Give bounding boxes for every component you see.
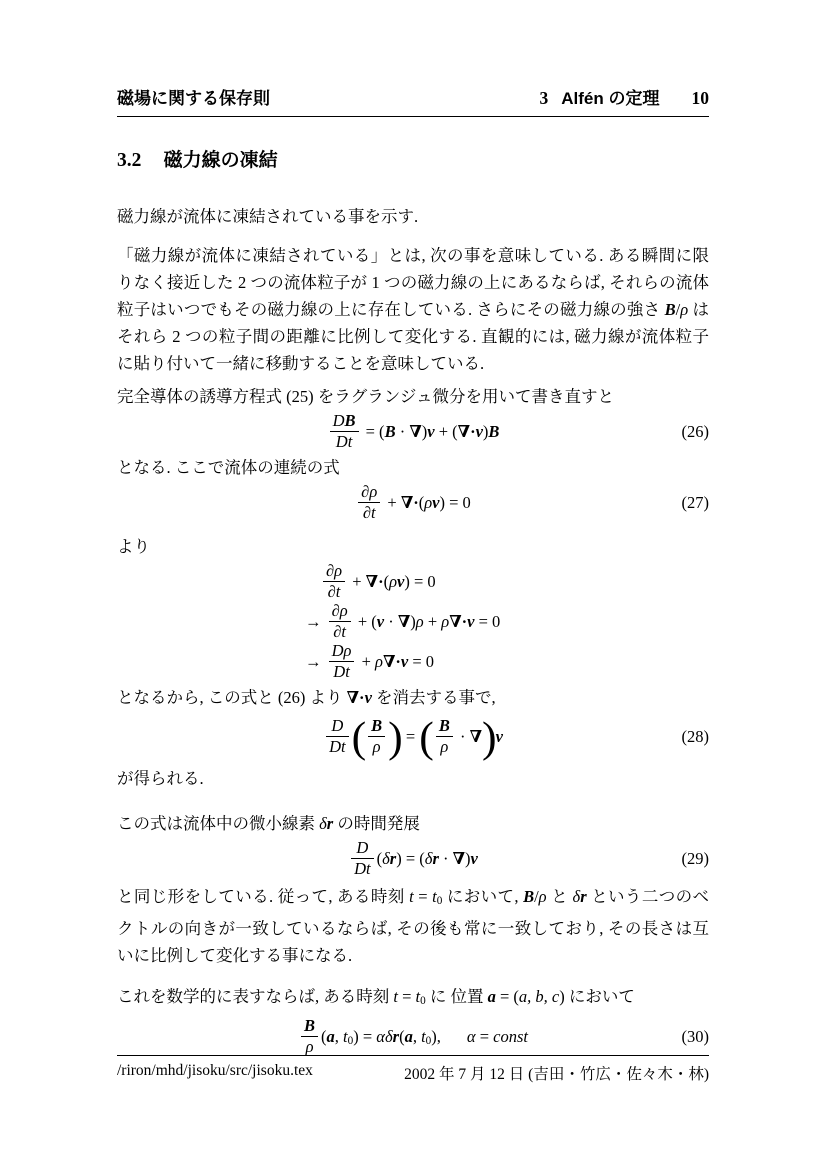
fraction: Bρ xyxy=(301,1017,318,1056)
equation-number: (29) xyxy=(682,839,710,879)
math-run: B xyxy=(385,422,396,441)
math-run: ∇ xyxy=(409,422,421,441)
math-run: , xyxy=(335,1027,343,1046)
math-run: + xyxy=(348,572,366,591)
math-run: · xyxy=(384,612,398,631)
math-run: = xyxy=(414,887,432,906)
math-run: ∇· xyxy=(449,612,467,631)
section-heading: 3.2 磁力線の凍結 xyxy=(117,145,709,173)
paragraph: 完全導体の誘導方程式 (25) をラグランジュ微分を用いて書き直すと xyxy=(117,383,709,410)
fraction: DρDt xyxy=(329,642,355,681)
math-run: ), xyxy=(431,1027,441,1046)
math-run: = xyxy=(402,727,420,746)
equation-body: ∂ρ∂t + ∇·(ρv) = 0 xyxy=(355,493,471,512)
math-run: Dt xyxy=(333,662,350,681)
text-run: 磁力線が流体に凍結されている事を示す. xyxy=(117,207,418,226)
page-footer: /riron/mhd/jisoku/src/jisoku.tex 2002 年 … xyxy=(117,1055,709,1084)
math-run: B xyxy=(371,716,382,735)
math-run: ) = 0 xyxy=(404,572,435,591)
equation-28: DDt(Bρ) = (Bρ · ∇)v (28) xyxy=(117,713,709,761)
math-run: ∂ρ xyxy=(332,601,348,620)
math-run: ρ xyxy=(539,887,547,906)
fraction: ∂ρ∂t xyxy=(323,562,345,601)
math-run: a xyxy=(488,987,496,1006)
math-run: Dt xyxy=(354,859,371,878)
math-run: ) = xyxy=(353,1027,376,1046)
math-run: v xyxy=(427,422,434,441)
paragraph: となる. ここで流体の連続の式 xyxy=(117,454,709,481)
equation-number: (26) xyxy=(682,412,710,452)
math-run: ρ xyxy=(416,612,424,631)
math-run: B xyxy=(665,300,676,319)
math-run: αδ xyxy=(376,1027,392,1046)
math-run: B xyxy=(439,716,450,735)
math-run: = 0 xyxy=(474,612,500,631)
math-run: ρ xyxy=(680,300,688,319)
math-run: ( xyxy=(419,713,433,761)
math-run: a, b, c xyxy=(519,987,559,1006)
math-run: + xyxy=(383,493,401,512)
math-run: Dt xyxy=(336,432,353,451)
math-run: = xyxy=(476,1027,494,1046)
math-run: ρ xyxy=(375,652,383,671)
equation-number: (30) xyxy=(682,1017,710,1057)
header-page-number: 10 xyxy=(692,88,710,109)
math-run: ρ xyxy=(441,612,449,631)
math-run: ( xyxy=(352,713,366,761)
equation-line: → DρDt + ρ∇·v = 0 xyxy=(305,642,709,682)
equation-26: DBDt = (B · ∇)v + (∇·v)B (26) xyxy=(117,412,709,452)
math-run: ρ xyxy=(389,572,397,591)
text-run: において xyxy=(565,987,635,1006)
paragraph: が得られる. xyxy=(117,765,709,792)
text-run: となる. ここで流体の連続の式 xyxy=(117,458,340,477)
math-run: α xyxy=(467,1027,476,1046)
fraction: ∂ρ∂t xyxy=(358,483,380,522)
math-run: D xyxy=(333,411,345,430)
equation-body: Bρ(a, t0) = αδr(a, t0),α = const xyxy=(298,1027,528,1046)
math-run: → xyxy=(305,652,326,671)
equation-30: Bρ(a, t0) = αδr(a, t0),α = const (30) xyxy=(117,1017,709,1057)
document-page: 磁場に関する保存則 3 Alfén の定理 10 3.2 磁力線の凍結 磁力線が… xyxy=(0,0,826,1169)
math-run: · xyxy=(439,849,453,868)
equation-chain: ∂ρ∂t + ∇·(ρv) = 0 → ∂ρ∂t + (v · ∇)ρ + ρ∇… xyxy=(117,562,709,682)
math-run: ∂ρ xyxy=(326,561,342,580)
paragraph: 磁力線が流体に凍結されている事を示す. xyxy=(117,203,709,230)
text-run: 「磁力線が流体に凍結されている」とは, 次の事を意味している. ある瞬間に限りな… xyxy=(117,246,709,319)
math-run: + ( xyxy=(354,612,377,631)
fraction: DDt xyxy=(326,717,349,756)
math-run: a xyxy=(327,1027,335,1046)
math-run: , xyxy=(413,1027,421,1046)
header-section-title: Alfén の定理 xyxy=(561,84,659,109)
fraction: Bρ xyxy=(368,717,385,756)
math-run: ) = 0 xyxy=(440,493,471,512)
text-run: これを数学的に表すならば, ある時刻 xyxy=(117,987,393,1006)
paragraph: これを数学的に表すならば, ある時刻 t = t0 に 位置 a = (a, b… xyxy=(117,983,709,1015)
math-run: + ( xyxy=(435,422,458,441)
math-run: B xyxy=(488,422,499,441)
header-right: 3 Alfén の定理 10 xyxy=(540,84,709,109)
math-run: Dρ xyxy=(332,641,352,660)
math-run: ∂t xyxy=(363,503,376,522)
fraction: Bρ xyxy=(436,717,453,756)
math-run: δ xyxy=(319,814,327,833)
paragraph: より xyxy=(117,533,709,560)
fraction: ∂ρ∂t xyxy=(329,602,351,641)
paragraph: となるから, この式と (26) より ∇·v を消去する事で, xyxy=(117,684,709,711)
math-run: = ( xyxy=(496,987,519,1006)
math-run: ) xyxy=(388,713,402,761)
math-run: ∂ρ xyxy=(361,482,377,501)
fraction: DDt xyxy=(351,839,374,878)
page-header: 磁場に関する保存則 3 Alfén の定理 10 xyxy=(117,0,709,117)
math-run: → xyxy=(305,612,326,631)
fraction: DBDt xyxy=(330,412,359,451)
math-run: ∇· xyxy=(458,422,476,441)
math-run: = xyxy=(398,987,416,1006)
math-run: ρ xyxy=(440,737,448,756)
math-run: + xyxy=(424,612,442,631)
math-run: Dt xyxy=(329,737,346,756)
math-run: v xyxy=(496,727,503,746)
text-run: が得られる. xyxy=(117,769,204,788)
text-run: より xyxy=(117,537,150,556)
text-run: となるから, この式と (26) より xyxy=(117,688,347,707)
math-run: ∇ xyxy=(398,612,410,631)
section-title: 磁力線の凍結 xyxy=(164,150,278,171)
math-run: ∇· xyxy=(383,652,401,671)
text-run: に 位置 xyxy=(426,987,488,1006)
math-run: B xyxy=(304,1016,315,1035)
math-run: a xyxy=(405,1027,413,1046)
math-run: ∇ xyxy=(453,849,465,868)
math-run: ρ xyxy=(373,737,381,756)
paragraph: と同じ形をしている. 従って, ある時刻 t = t0 において, B/ρ と … xyxy=(117,883,709,969)
text-run: の時間発展 xyxy=(333,814,420,833)
math-run: δ xyxy=(382,849,390,868)
footer-date-authors: 2002 年 7 月 12 日 (吉田・竹広・佐々木・林) xyxy=(404,1062,709,1084)
footer-file-path: /riron/mhd/jisoku/src/jisoku.tex xyxy=(117,1062,313,1084)
math-run: + xyxy=(357,652,375,671)
text-run: と xyxy=(547,887,573,906)
equation-number: (27) xyxy=(682,483,710,523)
text-run: において, xyxy=(442,887,523,906)
math-run: D xyxy=(356,838,368,857)
math-run: ρ xyxy=(306,1037,314,1056)
math-run: · xyxy=(456,727,470,746)
text-run: を消去する事で, xyxy=(372,688,496,707)
equation-body: DBDt = (B · ∇)v + (∇·v)B xyxy=(327,422,500,441)
text-run: と同じ形をしている. 従って, ある時刻 xyxy=(117,887,409,906)
math-run: = 0 xyxy=(408,652,434,671)
section-number: 3.2 xyxy=(117,150,141,171)
math-run: B xyxy=(523,887,534,906)
paragraph: この式は流体中の微小線素 δr の時間発展 xyxy=(117,810,709,837)
paragraph: 「磁力線が流体に凍結されている」とは, 次の事を意味している. ある瞬間に限りな… xyxy=(117,242,709,377)
math-run: ∇· xyxy=(401,493,419,512)
header-section-number: 3 xyxy=(540,88,549,109)
math-run: ) = ( xyxy=(396,849,425,868)
text-run: この式は流体中の微小線素 xyxy=(117,814,319,833)
math-run: ) xyxy=(482,713,496,761)
math-run: ∂t xyxy=(333,622,346,641)
math-run: ∇ xyxy=(470,727,482,746)
equation-number: (28) xyxy=(682,713,710,761)
text-run: 完全導体の誘導方程式 (25) をラグランジュ微分を用いて書き直すと xyxy=(117,387,614,406)
math-run: ∇· xyxy=(347,688,365,707)
math-run: B xyxy=(344,411,355,430)
math-run: = ( xyxy=(362,422,385,441)
math-run: v xyxy=(476,422,483,441)
math-run: ∇· xyxy=(366,572,384,591)
equation-body: DDt(Bρ) = (Bρ · ∇)v xyxy=(323,727,503,746)
math-run: D xyxy=(331,716,343,735)
math-run: · xyxy=(396,422,410,441)
header-left-title: 磁場に関する保存則 xyxy=(117,84,270,109)
math-run: v xyxy=(377,612,384,631)
math-run: v xyxy=(432,493,439,512)
equation-line: → ∂ρ∂t + (v · ∇)ρ + ρ∇·v = 0 xyxy=(305,602,709,642)
equation-body: DDt(δr) = (δr · ∇)v xyxy=(348,849,478,868)
math-run: v xyxy=(365,688,372,707)
math-run: ρ xyxy=(424,493,432,512)
equation-27: ∂ρ∂t + ∇·(ρv) = 0 (27) xyxy=(117,483,709,523)
math-run: v xyxy=(471,849,478,868)
equation-line: ∂ρ∂t + ∇·(ρv) = 0 xyxy=(320,562,709,602)
math-run: const xyxy=(493,1027,528,1046)
math-run: ∂t xyxy=(328,582,341,601)
equation-29: DDt(δr) = (δr · ∇)v (29) xyxy=(117,839,709,879)
